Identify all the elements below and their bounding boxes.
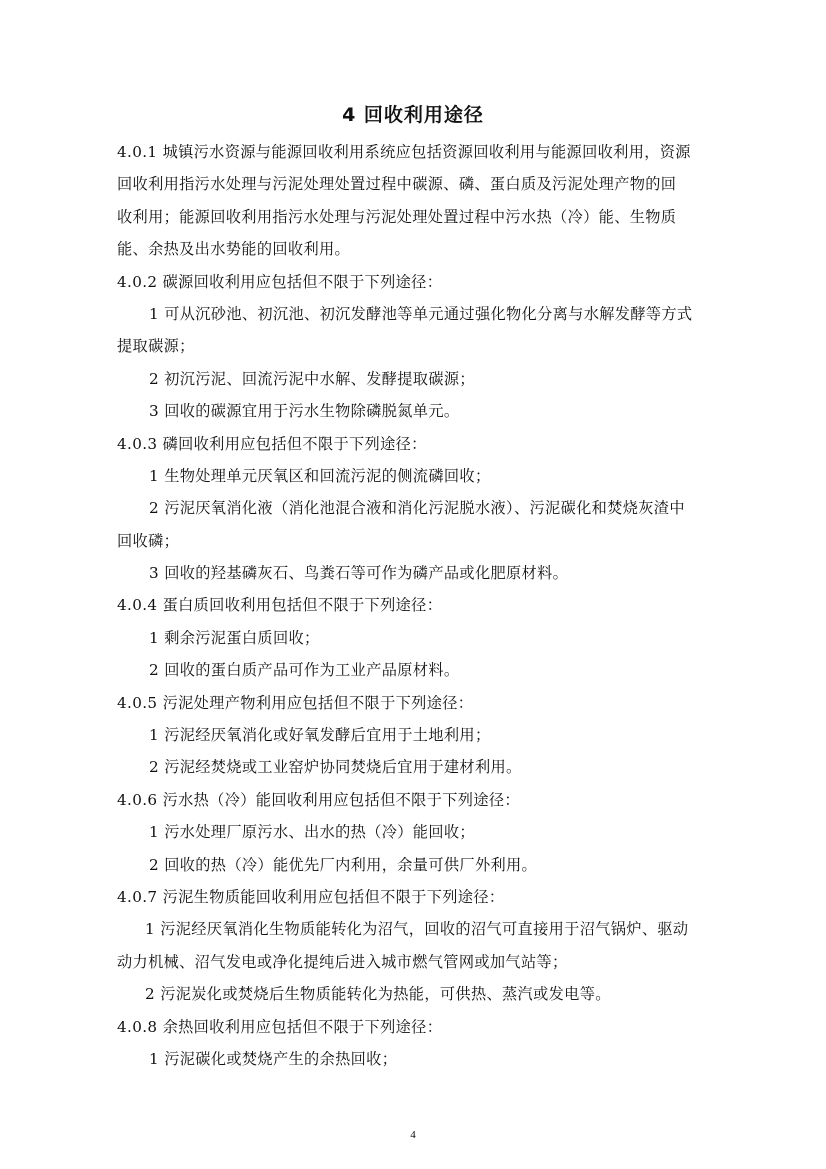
list-item-line: 2 污泥炭化或焚烧后生物质能转化为热能，可供热、蒸汽或发电等。 <box>117 978 732 1010</box>
clause-line: 动力机械、沼气发电或净化提纯后进入城市燃气管网或加气站等； <box>117 946 732 978</box>
list-item-line: 2 污泥经焚烧或工业窑炉协同焚烧后宜用于建材利用。 <box>117 751 732 783</box>
clause-line: 提取碳源； <box>117 330 732 362</box>
clause-line: 4.0.4 蛋白质回收利用包括但不限于下列途径： <box>117 589 732 621</box>
clause-line: 4.0.8 余热回收利用应包括但不限于下列途径： <box>117 1011 732 1043</box>
clause-line: 4.0.1 城镇污水资源与能源回收利用系统应包括资源回收利用与能源回收利用，资源 <box>117 136 732 168</box>
chapter-title: 4 回收利用途径 <box>0 101 826 129</box>
clause-line: 4.0.2 碳源回收利用应包括但不限于下列途径： <box>117 266 732 298</box>
clause-line: 回收利用指污水处理与污泥处理处置过程中碳源、磷、蛋白质及污泥处理产物的回 <box>117 168 732 200</box>
list-item-line: 2 初沉污泥、回流污泥中水解、发酵提取碳源； <box>117 363 732 395</box>
list-item-line: 3 回收的碳源宜用于污水生物除磷脱氮单元。 <box>117 395 732 427</box>
list-item-line: 2 回收的热（冷）能优先厂内利用，余量可供厂外利用。 <box>117 849 732 881</box>
clause-line: 4.0.6 污水热（冷）能回收利用应包括但不限于下列途径： <box>117 784 732 816</box>
document-page: 4 回收利用途径 4.0.1 城镇污水资源与能源回收利用系统应包括资源回收利用与… <box>0 0 826 1169</box>
list-item-line: 2 回收的蛋白质产品可作为工业产品原材料。 <box>117 654 732 686</box>
clause-line: 回收磷； <box>117 525 732 557</box>
list-item-line: 1 污泥碳化或焚烧产生的余热回收； <box>117 1043 732 1075</box>
document-body: 4.0.1 城镇污水资源与能源回收利用系统应包括资源回收利用与能源回收利用，资源… <box>117 136 732 1075</box>
clause-line: 4.0.3 磷回收利用应包括但不限于下列途径： <box>117 428 732 460</box>
list-item-line: 1 可从沉砂池、初沉池、初沉发酵池等单元通过强化物化分离与水解发酵等方式 <box>117 298 732 330</box>
clause-line: 4.0.5 污泥处理产物利用应包括但不限于下列途径： <box>117 687 732 719</box>
list-item-line: 2 污泥厌氧消化液（消化池混合液和消化污泥脱水液）、污泥碳化和焚烧灰渣中 <box>117 492 732 524</box>
list-item-line: 1 污泥经厌氧消化生物质能转化为沼气，回收的沼气可直接用于沼气锅炉、驱动 <box>117 913 732 945</box>
page-number: 4 <box>0 1129 826 1141</box>
clause-line: 4.0.7 污泥生物质能回收利用应包括但不限于下列途径： <box>117 881 732 913</box>
clause-line: 能、余热及出水势能的回收利用。 <box>117 233 732 265</box>
list-item-line: 1 生物处理单元厌氧区和回流污泥的侧流磷回收； <box>117 460 732 492</box>
list-item-line: 3 回收的羟基磷灰石、鸟粪石等可作为磷产品或化肥原材料。 <box>117 557 732 589</box>
list-item-line: 1 剩余污泥蛋白质回收； <box>117 622 732 654</box>
clause-line: 收利用；能源回收利用指污水处理与污泥处理处置过程中污水热（冷）能、生物质 <box>117 201 732 233</box>
list-item-line: 1 污水处理厂原污水、出水的热（冷）能回收； <box>117 816 732 848</box>
list-item-line: 1 污泥经厌氧消化或好氧发酵后宜用于土地利用； <box>117 719 732 751</box>
